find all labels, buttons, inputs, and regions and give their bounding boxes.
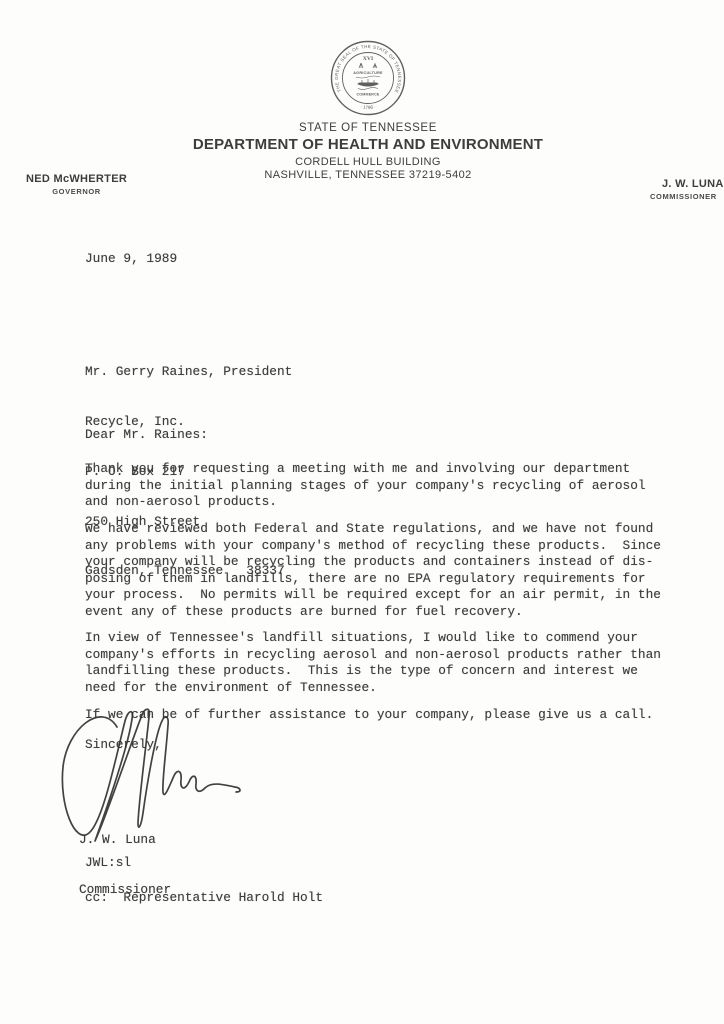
governor-name: NED McWHERTER (26, 173, 127, 185)
seal-water-squiggle (358, 88, 378, 90)
commissioner-block: J. W. LUNA COMMISSIONER (650, 178, 724, 201)
svg-text:· 1796 ·: · 1796 · (360, 104, 376, 110)
seal-boat-hull (357, 83, 379, 87)
signer-name: J. W. Luna (79, 832, 171, 849)
letterhead-building-line: CORDELL HULL BUILDING (6, 156, 724, 168)
seal-plant-glyph (373, 63, 377, 68)
seal-agriculture-label: AGRICULTURE (353, 71, 383, 75)
typist-reference: JWL:sl (85, 855, 131, 872)
letter-date: June 9, 1989 (85, 251, 177, 268)
seal-numeral: XVI (363, 56, 373, 62)
tennessee-state-seal-icon: THE GREAT SEAL OF THE STATE OF TENNESSEE… (329, 39, 407, 117)
commissioner-title: COMMISSIONER (650, 192, 724, 201)
cc-line: cc: Representative Harold Holt (85, 890, 323, 907)
letter-paragraph: In view of Tennessee's landfill situatio… (85, 630, 661, 696)
letterhead-state-line: STATE OF TENNESSEE (6, 122, 724, 134)
seal-commerce-label: COMMERCE (357, 93, 380, 97)
scanned-letter-page: THE GREAT SEAL OF THE STATE OF TENNESSEE… (0, 0, 724, 1024)
letter-paragraph: We have reviewed both Federal and State … (85, 521, 661, 621)
commissioner-name: J. W. LUNA (650, 178, 724, 190)
seal-sheaf-glyph (359, 63, 363, 68)
governor-title: GOVERNOR (26, 187, 127, 196)
letterhead-department-line: DEPARTMENT OF HEALTH AND ENVIRONMENT (6, 136, 724, 153)
letter-paragraph: Thank you for requesting a meeting with … (85, 461, 646, 511)
seal-year-text: · 1796 · (360, 104, 376, 110)
governor-block: NED McWHERTER GOVERNOR (26, 173, 127, 196)
recipient-line: Mr. Gerry Raines, President (85, 364, 292, 381)
salutation: Dear Mr. Raines: (85, 427, 208, 444)
seal-divider-squiggle (356, 76, 380, 78)
